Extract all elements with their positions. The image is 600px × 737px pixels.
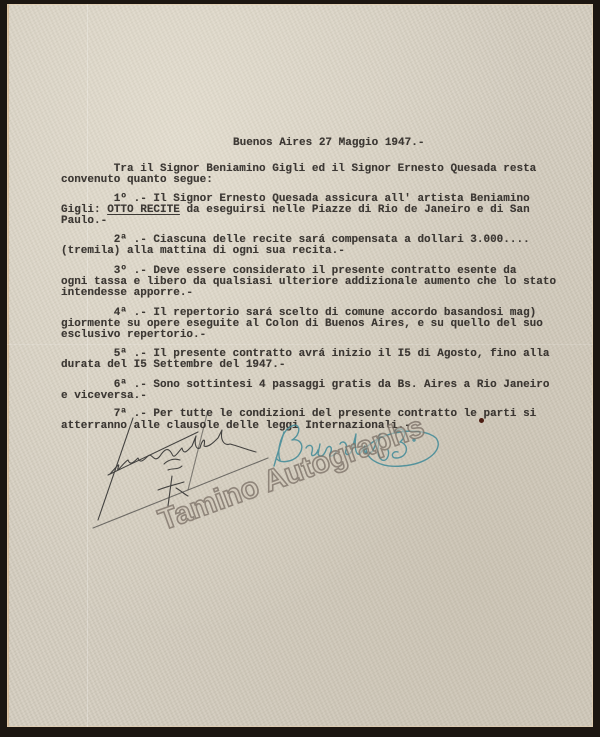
clause-1-line-3: Paulo.- — [61, 216, 107, 227]
clause-4-line-3: esclusivo repertorio.- — [61, 330, 206, 341]
letter-date-heading: Buenos Aires 27 Maggio 1947.- — [233, 138, 424, 149]
clause-5-line-2: durata del I5 Settembre del 1947.- — [61, 360, 285, 371]
clause-1-line-2: Gigli: OTTO RECITE da eseguirsi nelle Pi… — [61, 205, 530, 216]
clause-2-line-2: (tremila) alla mattina di ogni sua recit… — [61, 246, 345, 257]
clause-3-line-3: intendesse apporre.- — [61, 288, 193, 299]
clause-1-text: da eseguirsi nelle Piazze di Rio de Jane… — [180, 204, 530, 216]
paper-fold-line — [7, 344, 593, 345]
ink-spot — [479, 418, 484, 423]
underlined-otto-recite: OTTO RECITE — [107, 204, 180, 216]
intro-line-2: convenuto quanto segue: — [61, 175, 213, 186]
clause-6-line-2: e viceversa.- — [61, 391, 147, 402]
clause-7-line-1: 7ª .- Per tutte le condizioni del presen… — [61, 409, 536, 420]
